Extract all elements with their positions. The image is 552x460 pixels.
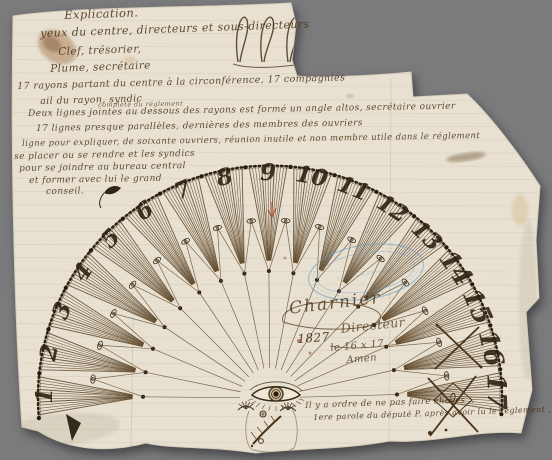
manuscript-photo: 1234567891011121314151617 Explication. y… (0, 0, 552, 460)
svg-text:9: 9 (260, 159, 276, 186)
explanation-title: Explication. (64, 5, 138, 22)
inscription-year: 1827 (297, 330, 330, 346)
small-eye-icon (281, 218, 290, 223)
explanation-line: conseil. (46, 186, 84, 197)
svg-text:17: 17 (480, 373, 511, 410)
small-eye-icon (90, 374, 95, 383)
svg-text:1: 1 (31, 388, 58, 404)
small-eye-icon (247, 218, 256, 223)
